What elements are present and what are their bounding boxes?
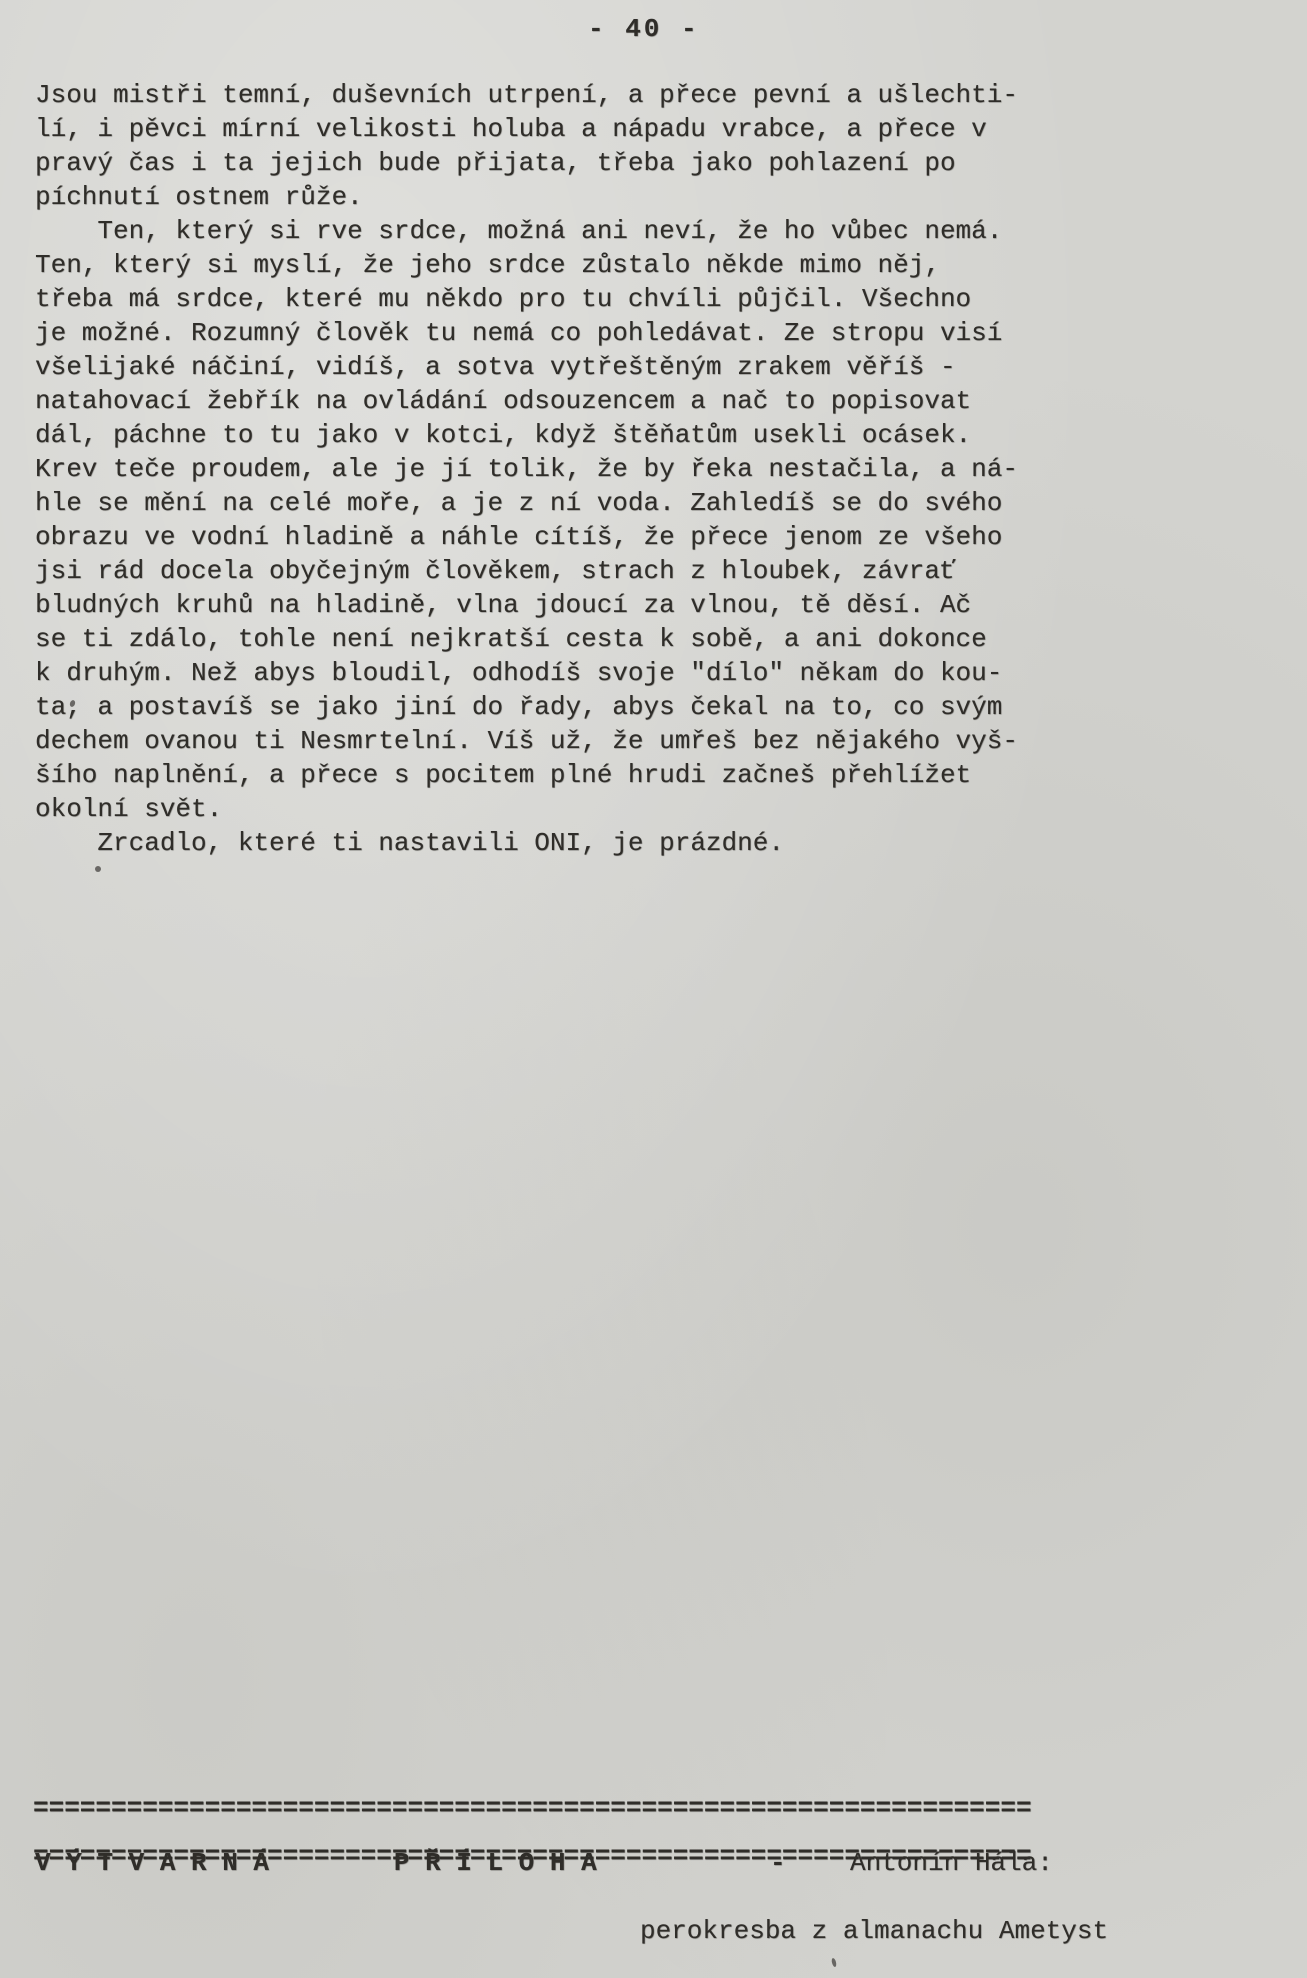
body-text: Jsou mistři temní, duševních utrpení, a … [35,78,1125,860]
paragraph: Jsou mistři temní, duševních utrpení, a … [35,78,1125,214]
illustration-caption: perokresba z almanachu Ametyst [640,1914,1108,1948]
section-title: V Ý T V A R N Á P Ř Í L O H A [35,1846,597,1880]
author-credit: Antonín Hála: [850,1846,1053,1880]
paragraph: Ten, který si rve srdce, možná ani neví,… [35,214,1125,826]
ink-speck [95,866,101,872]
paragraph: Zrcadlo, které ti nastavili ONI, je práz… [35,826,1125,860]
ink-speck [831,1958,837,1968]
typewritten-page: { "page": { "number": "- 40 -" }, "body"… [0,0,1307,1978]
page-number: - 40 - [588,12,700,46]
separator-row: ========================================… [33,1800,1032,1816]
separator-dash: - [770,1846,786,1880]
